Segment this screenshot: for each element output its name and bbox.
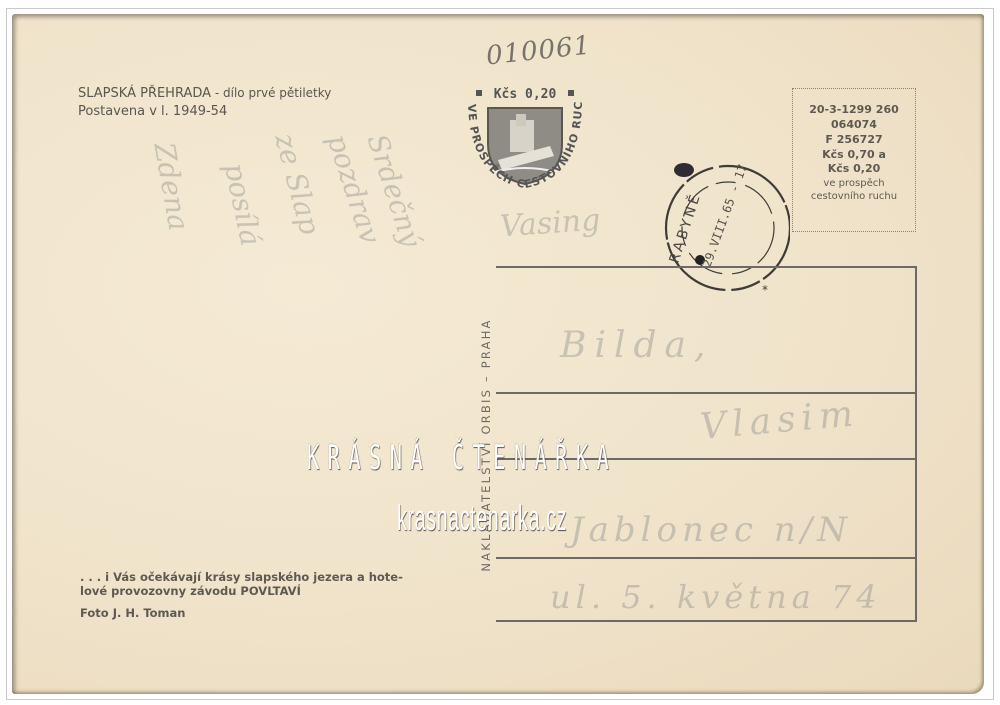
construction-years: Postavena v l. 1949-54 [78,104,227,119]
postmark-icon: RABYNĚ 29.VIII.65 - 17 * [664,146,790,302]
address-box-border [915,266,917,622]
stamp-box-line: 20-3-1299 260 [793,103,915,118]
address-line [496,266,916,268]
handwritten-address-line: ul. 5. května 74 [550,578,882,616]
handwritten-address-line: Vasing [499,203,602,245]
title-main: SLAPSKÁ PŘEHRADA [78,86,211,101]
stamp-box: 20-3-1299 260 064074 F 256727 Kčs 0,70 a… [792,88,916,232]
stamp-box-line: Kčs 0,70 a [793,148,915,163]
postmark-date: 29.VIII.65 - 17 [700,162,750,269]
postcard-title: SLAPSKÁ PŘEHRADA - dílo prvé pětiletky [78,86,331,101]
stamp-box-line: Kčs 0,20 [793,162,915,177]
stamp-box-line: ve prospěch [793,177,915,190]
caption-line-2: lové provozovny závodu POVLTAVÍ [80,584,301,598]
watermark-brand: KRÁSNÁ ČTENÁŘKA [307,438,617,478]
watermark-url: krasnactenarka.cz [397,497,567,539]
handwritten-address-line: Jablonec n/N [570,510,852,550]
address-line [496,557,916,559]
stamp-box-line: cestovního ruchu [793,190,915,203]
handwritten-address-line: Bilda, [560,325,713,366]
charity-stamp-icon: Kčs 0,20 VE PROSPĚCH CESTOVNÍHO RUCHU [458,84,592,196]
title-sub: - dílo prvé pětiletky [211,86,331,100]
address-line [496,620,916,622]
caption-line-1: . . . i Vás očekávají krásy slapského je… [80,570,403,584]
stamp-box-line: F 256727 [793,133,915,148]
charity-stamp-value: Kčs 0,20 [494,87,557,102]
svg-text:*: * [762,283,768,297]
photo-credit: Foto J. H. Toman [80,606,186,620]
stamp-box-line: 064074 [793,118,915,133]
